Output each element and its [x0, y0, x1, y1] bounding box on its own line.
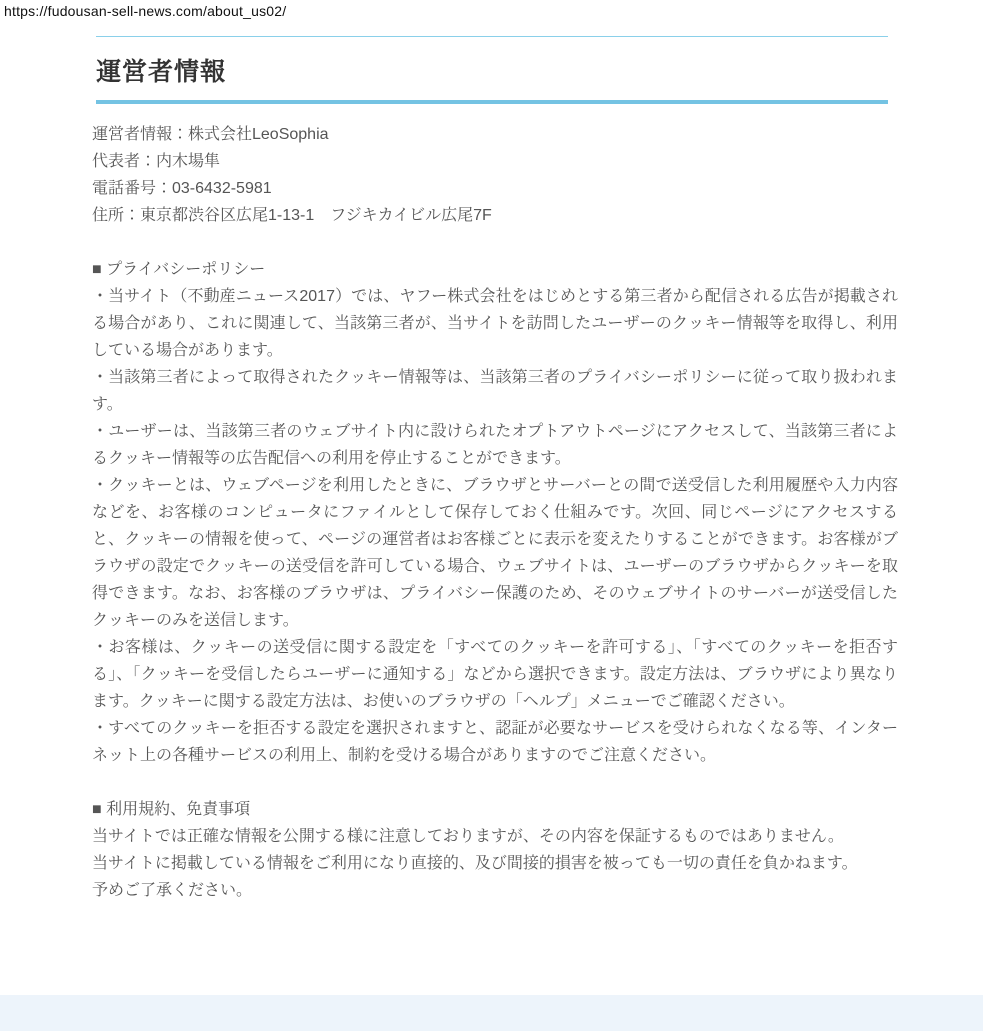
blank-line — [92, 229, 898, 256]
operator-address-line: 住所：東京都渋谷区広尾1-13-1 フジキカイビル広尾7F — [92, 202, 898, 229]
privacy-policy-item: ・当該第三者によって取得されたクッキー情報等は、当該第三者のプライバシーポリシー… — [92, 364, 898, 418]
terms-line: 当サイトでは正確な情報を公開する様に注意しておりますが、その内容を保証するもので… — [92, 823, 898, 850]
main-content: 運営者情報 運営者情報：株式会社LeoSophia 代表者：内木場隼 電話番号：… — [92, 36, 898, 904]
blank-line — [92, 769, 898, 796]
privacy-policy-item: ・お客様は、クッキーの送受信に関する設定を「すべてのクッキーを許可する」、「すべ… — [92, 634, 898, 715]
operator-representative-line: 代表者：内木場隼 — [92, 148, 898, 175]
privacy-policy-item: ・ユーザーは、当該第三者のウェブサイト内に設けられたオプトアウトページにアクセス… — [92, 418, 898, 472]
footer-band — [0, 995, 983, 1031]
privacy-policy-item: ・クッキーとは、ウェブページを利用したときに、ブラウザとサーバーとの間で送受信し… — [92, 472, 898, 634]
privacy-policy-item: ・すべてのクッキーを拒否する設定を選択されますと、認証が必要なサービスを受けられ… — [92, 715, 898, 769]
operator-phone-line: 電話番号：03-6432-5981 — [92, 175, 898, 202]
privacy-policy-item: ・当サイト（不動産ニュース2017）では、ヤフー株式会社をはじめとする第三者から… — [92, 283, 898, 364]
terms-heading: ■ 利用規約、免責事項 — [92, 796, 898, 823]
terms-line: 予めご了承ください。 — [92, 877, 898, 904]
page-title-block: 運営者情報 — [96, 36, 888, 104]
page-body: 運営者情報：株式会社LeoSophia 代表者：内木場隼 電話番号：03-643… — [92, 121, 898, 904]
operator-info-line: 運営者情報：株式会社LeoSophia — [92, 121, 898, 148]
privacy-policy-heading: ■ プライバシーポリシー — [92, 256, 898, 283]
page-title: 運営者情報 — [96, 52, 888, 88]
page-url-text: https://fudousan-sell-news.com/about_us0… — [4, 3, 286, 19]
terms-line: 当サイトに掲載している情報をご利用になり直接的、及び間接的損害を被っても一切の責… — [92, 850, 898, 877]
